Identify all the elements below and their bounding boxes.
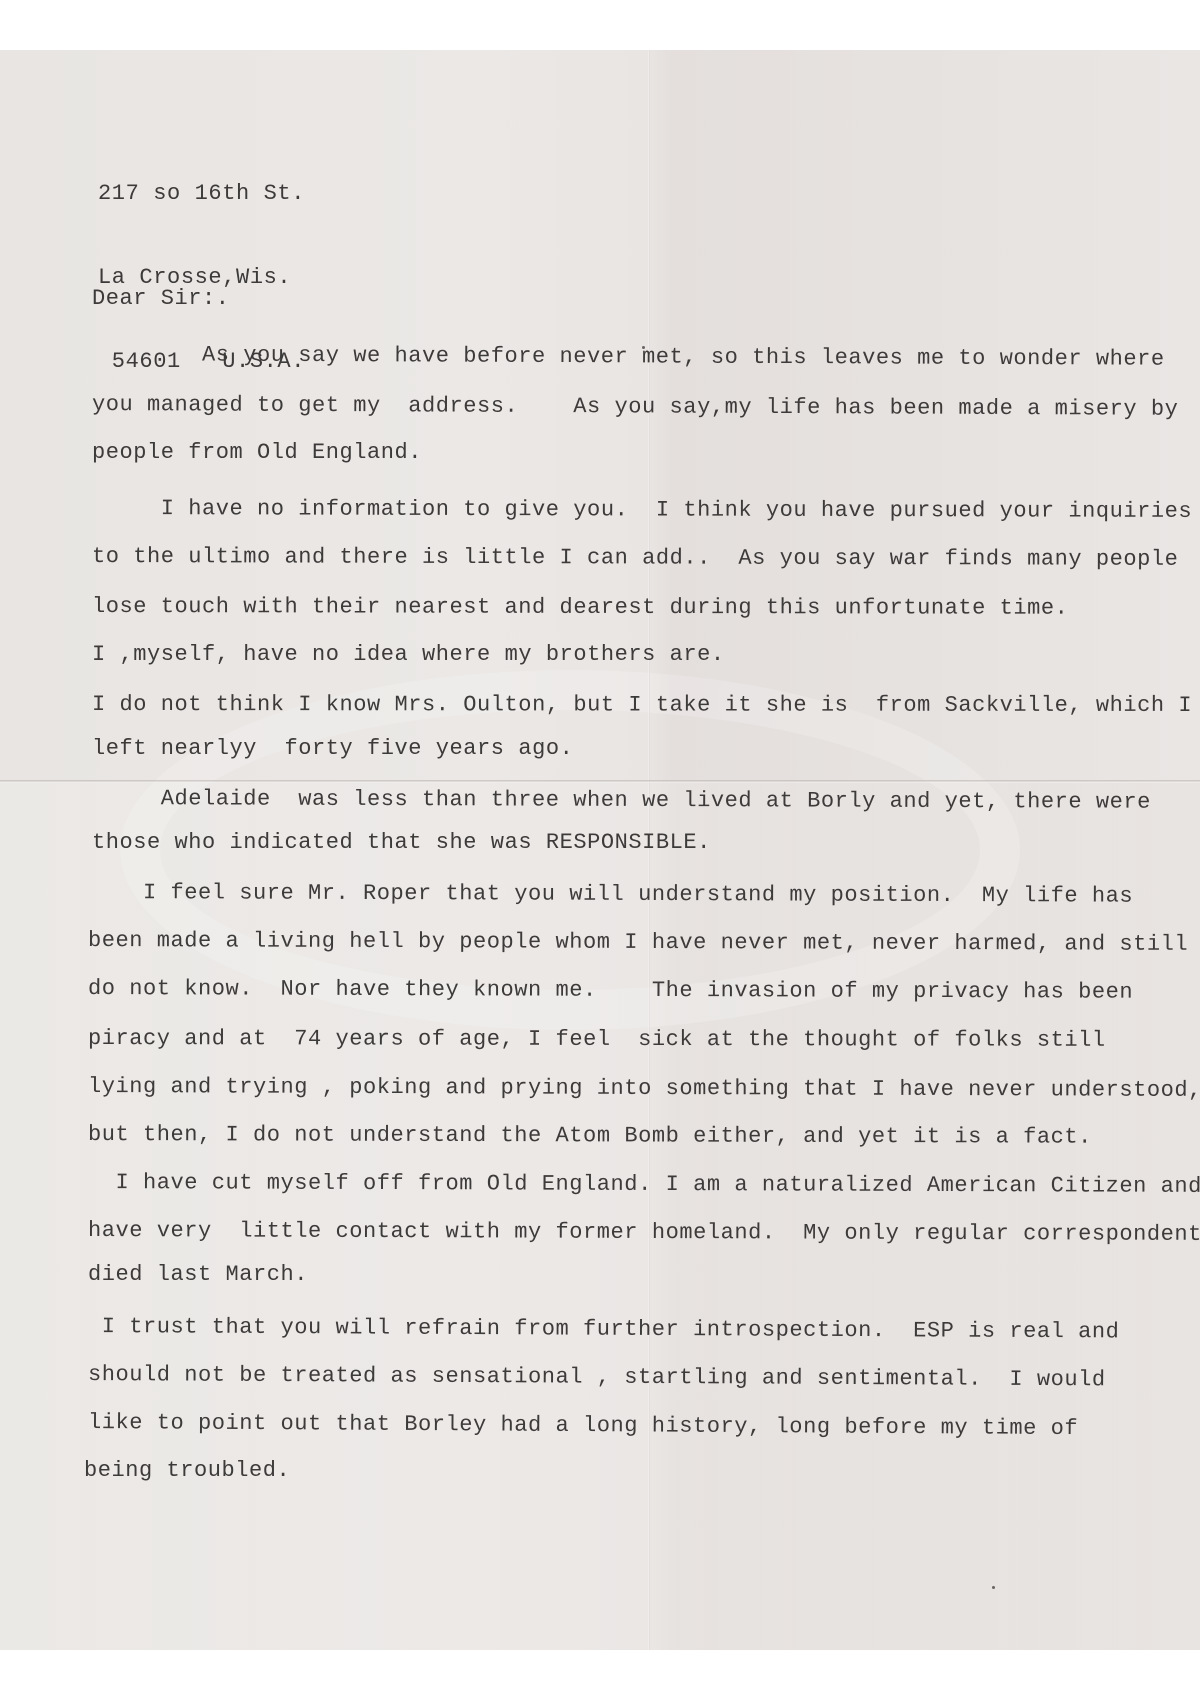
body-line: I have no information to give you. I thi… xyxy=(92,496,1192,524)
body-line: left nearlyy forty five years ago. xyxy=(92,736,573,761)
body-line: lose touch with their nearest and deares… xyxy=(92,594,1068,621)
salutation: Dear Sir:. xyxy=(92,286,230,311)
body-line: I ,myself, have no idea where my brother… xyxy=(92,642,725,667)
sender-address: 217 so 16th St. La Crosse,Wis. 54601 U.S… xyxy=(98,124,305,432)
body-line: Adelaide was less than three when we liv… xyxy=(92,786,1151,815)
body-line: but then, I do not understand the Atom B… xyxy=(88,1122,1092,1150)
body-line: I do not think I know Mrs. Oulton, but I… xyxy=(92,692,1192,718)
address-line: 217 so 16th St. xyxy=(98,180,305,208)
body-line: lying and trying , poking and prying int… xyxy=(88,1074,1200,1103)
ink-speck xyxy=(642,346,645,349)
body-line: As you say we have before never met, so … xyxy=(92,342,1165,372)
body-line: you managed to get my address. As you sa… xyxy=(92,392,1179,422)
body-line: people from Old England. xyxy=(92,440,422,465)
body-line: I have cut myself off from Old England. … xyxy=(88,1170,1200,1199)
ink-speck xyxy=(992,1586,995,1589)
body-line: I feel sure Mr. Roper that you will unde… xyxy=(88,880,1133,909)
body-line: been made a living hell by people whom I… xyxy=(88,928,1188,957)
horizontal-fold-crease xyxy=(0,780,1200,783)
body-line: to the ultimo and there is little I can … xyxy=(92,544,1178,572)
body-line: should not be treated as sensational , s… xyxy=(88,1362,1106,1392)
body-line: those who indicated that she was RESPONS… xyxy=(92,830,711,855)
body-line: being troubled. xyxy=(84,1458,290,1483)
body-line: died last March. xyxy=(88,1262,308,1287)
body-line: piracy and at 74 years of age, I feel si… xyxy=(88,1026,1106,1053)
letter-page: 217 so 16th St. La Crosse,Wis. 54601 U.S… xyxy=(0,50,1200,1650)
body-line: do not know. Nor have they known me. The… xyxy=(88,976,1133,1005)
body-line: have very little contact with my former … xyxy=(88,1218,1200,1247)
